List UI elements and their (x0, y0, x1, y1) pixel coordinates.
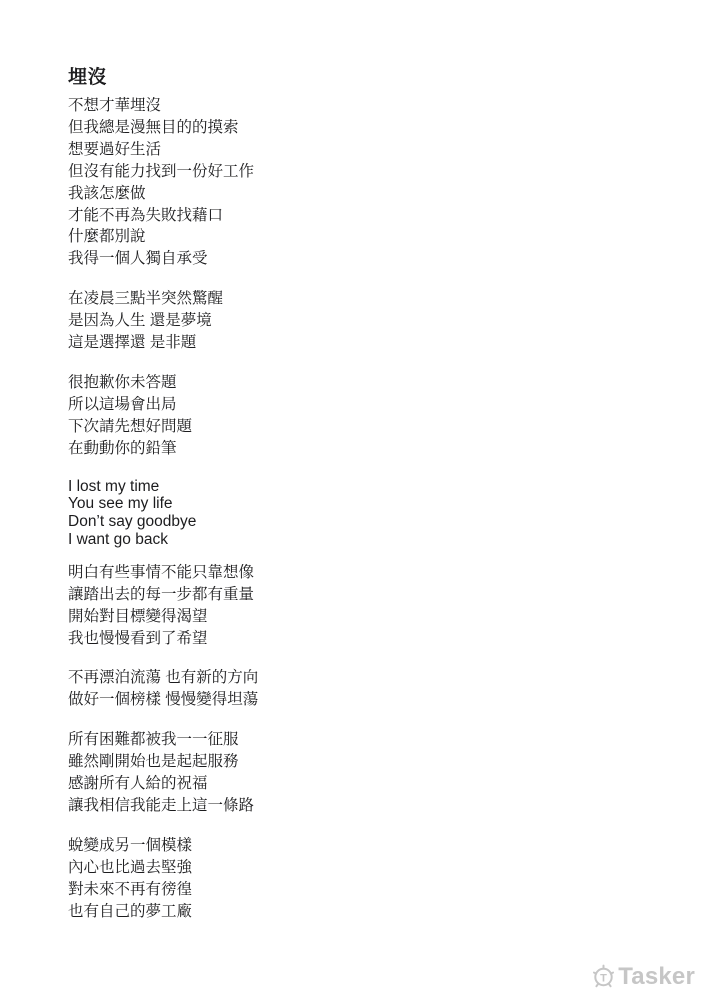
stanza-6: 不再漂泊流蕩 也有新的方向 做好一個榜樣 慢慢變得坦蕩 (68, 667, 628, 711)
tasker-logo-icon: T (590, 963, 617, 990)
lyric-line: 我也慢慢看到了希望 (68, 628, 628, 650)
lyric-line: 所有困難都被我一一征服 (68, 729, 628, 751)
lyric-line: 很抱歉你未答題 (68, 372, 628, 394)
lyric-line: 在凌晨三點半突然驚醒 (68, 288, 628, 310)
lyric-line: 讓我相信我能走上這一條路 (68, 795, 628, 817)
stanza-1: 不想才華埋沒 但我總是漫無目的的摸索 想要過好生活 但沒有能力找到一份好工作 我… (68, 95, 628, 270)
lyric-line: 蛻變成另一個模樣 (68, 835, 628, 857)
lyric-line: 下次請先想好問題 (68, 416, 628, 438)
lyric-line: 但我總是漫無目的的摸索 (68, 117, 628, 139)
svg-text:T: T (600, 972, 607, 984)
lyric-line: 雖然剛開始也是起起服務 (68, 751, 628, 773)
lyric-line: You see my life (68, 495, 628, 513)
lyric-line: 才能不再為失敗找藉口 (68, 205, 628, 227)
lyric-line: 想要過好生活 (68, 139, 628, 161)
lyric-line: 讓踏出去的每一步都有重量 (68, 584, 628, 606)
lyric-line: 內心也比過去堅強 (68, 857, 628, 879)
lyric-line: 我得一個人獨自承受 (68, 248, 628, 270)
lyric-line: 對未來不再有徬徨 (68, 879, 628, 901)
stanza-7: 所有困難都被我一一征服 雖然剛開始也是起起服務 感謝所有人給的祝福 讓我相信我能… (68, 729, 628, 817)
lyric-line: 不再漂泊流蕩 也有新的方向 (68, 667, 628, 689)
lyric-line: 感謝所有人給的祝福 (68, 773, 628, 795)
lyric-line: 明白有些事情不能只靠想像 (68, 562, 628, 584)
watermark-label: Tasker (618, 963, 695, 990)
lyric-line: 做好一個榜樣 慢慢變得坦蕩 (68, 689, 628, 711)
lyric-line: 我該怎麼做 (68, 183, 628, 205)
lyric-line: I want go back (68, 531, 628, 549)
page-title: 埋沒 (68, 66, 628, 90)
lyric-line: 但沒有能力找到一份好工作 (68, 161, 628, 183)
lyric-line: 也有自己的夢工廠 (68, 901, 628, 923)
lyric-line: 所以這場會出局 (68, 394, 628, 416)
lyric-line: 在動動你的鉛筆 (68, 438, 628, 460)
lyric-line: 開始對目標變得渴望 (68, 606, 628, 628)
document-page: 埋沒 不想才華埋沒 但我總是漫無目的的摸索 想要過好生活 但沒有能力找到一份好工… (0, 0, 707, 1000)
lyric-line: 不想才華埋沒 (68, 95, 628, 117)
stanza-8: 蛻變成另一個模樣 內心也比過去堅強 對未來不再有徬徨 也有自己的夢工廠 (68, 835, 628, 923)
stanza-5: 明白有些事情不能只靠想像 讓踏出去的每一步都有重量 開始對目標變得渴望 我也慢慢… (68, 562, 628, 650)
stanza-3: 很抱歉你未答題 所以這場會出局 下次請先想好問題 在動動你的鉛筆 (68, 372, 628, 460)
lyric-line: 是因為人生 還是夢境 (68, 310, 628, 332)
lyric-line: 什麼都別說 (68, 226, 628, 248)
watermark: T Tasker (590, 963, 695, 990)
lyric-line: I lost my time (68, 478, 628, 496)
stanza-4-english: I lost my time You see my life Don’t say… (68, 478, 628, 549)
lyrics-body: 埋沒 不想才華埋沒 但我總是漫無目的的摸索 想要過好生活 但沒有能力找到一份好工… (68, 66, 628, 922)
lyric-line: 這是選擇還 是非題 (68, 332, 628, 354)
stanza-2: 在凌晨三點半突然驚醒 是因為人生 還是夢境 這是選擇還 是非題 (68, 288, 628, 354)
lyric-line: Don’t say goodbye (68, 513, 628, 531)
